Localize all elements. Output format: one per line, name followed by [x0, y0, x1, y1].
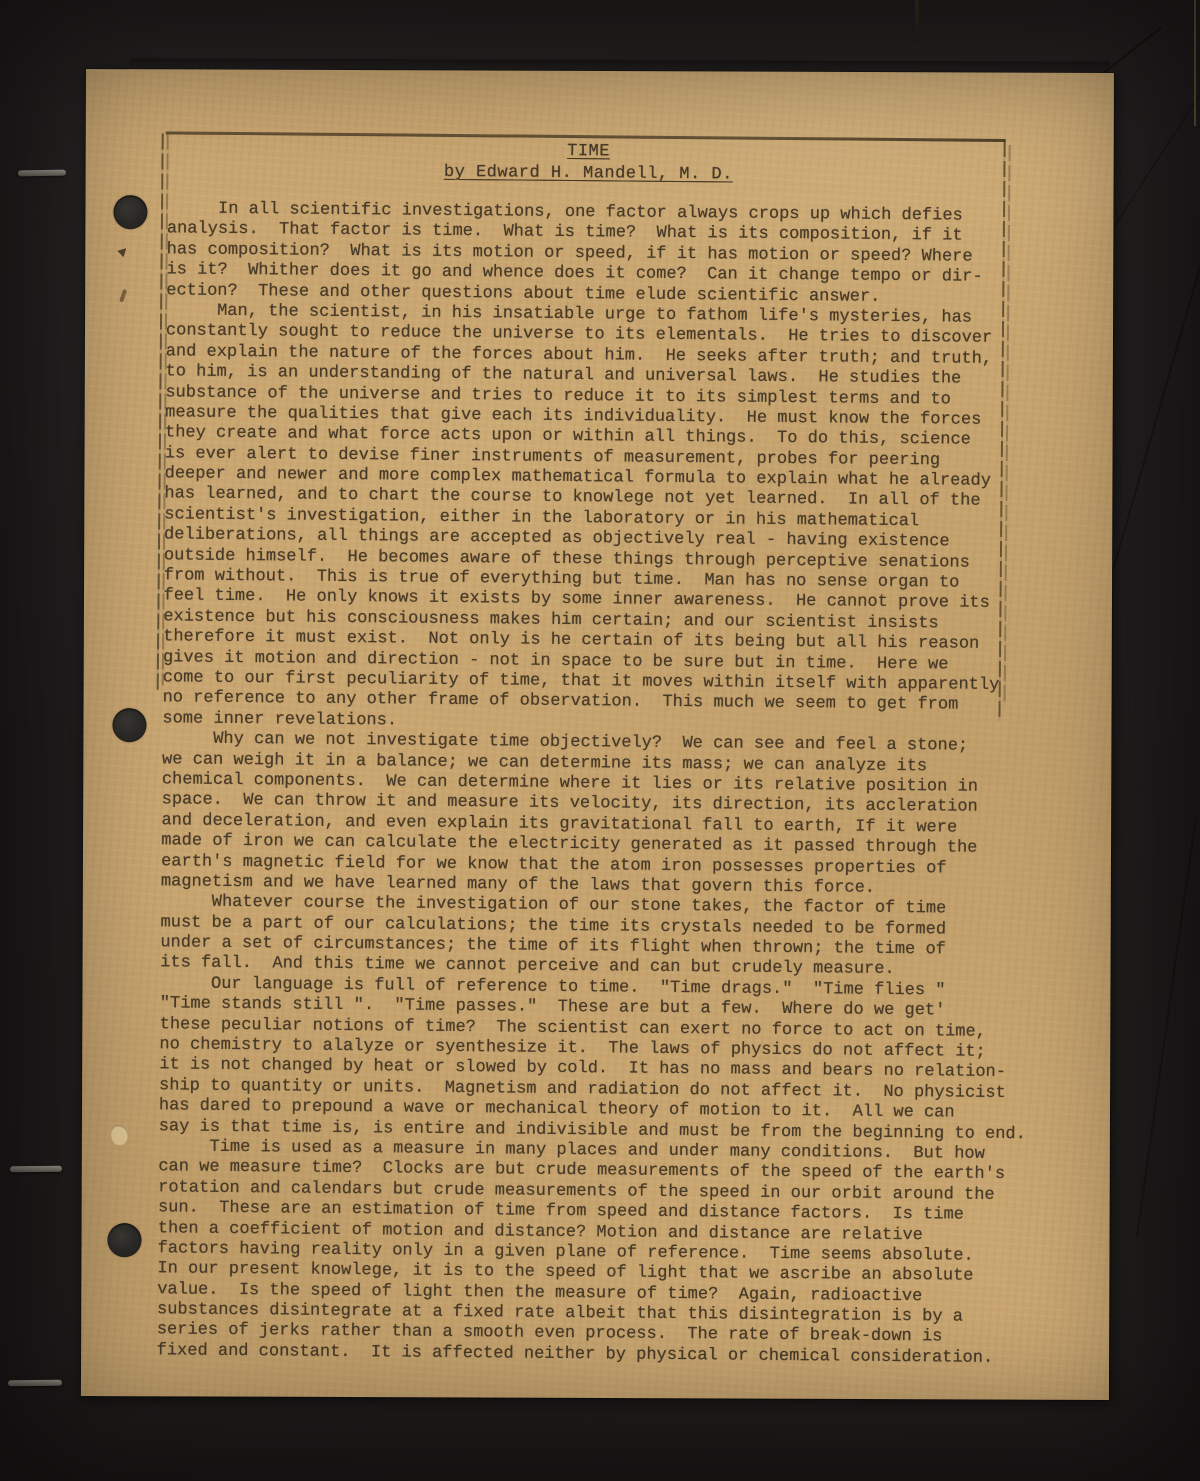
scratch-mark	[1194, 0, 1196, 126]
paper-defect	[111, 1125, 128, 1145]
punch-hole	[112, 708, 146, 742]
staple-mark	[8, 1380, 62, 1386]
scratch-mark	[915, 0, 919, 42]
page-title: TIME	[567, 142, 610, 161]
typewritten-page: TIME by Edward H. Mandell, M. D. In all …	[81, 69, 1114, 1400]
typed-content: TIME by Edward H. Mandell, M. D. In all …	[168, 129, 1028, 137]
document-body: In all scientific investigations, one fa…	[157, 199, 1035, 1369]
staple-mark	[18, 170, 66, 177]
ink-smudge	[119, 289, 127, 303]
staple-mark	[10, 1166, 62, 1172]
scanned-document-scene: TIME by Edward H. Mandell, M. D. In all …	[0, 0, 1200, 1481]
punch-hole	[107, 1223, 141, 1257]
ink-smudge	[117, 248, 126, 257]
title-block: TIME by Edward H. Mandell, M. D.	[167, 137, 1009, 188]
byline: by Edward H. Mandell, M. D.	[167, 159, 1009, 188]
punch-hole	[113, 195, 147, 229]
background-wrinkle-streak	[1136, 822, 1196, 1238]
